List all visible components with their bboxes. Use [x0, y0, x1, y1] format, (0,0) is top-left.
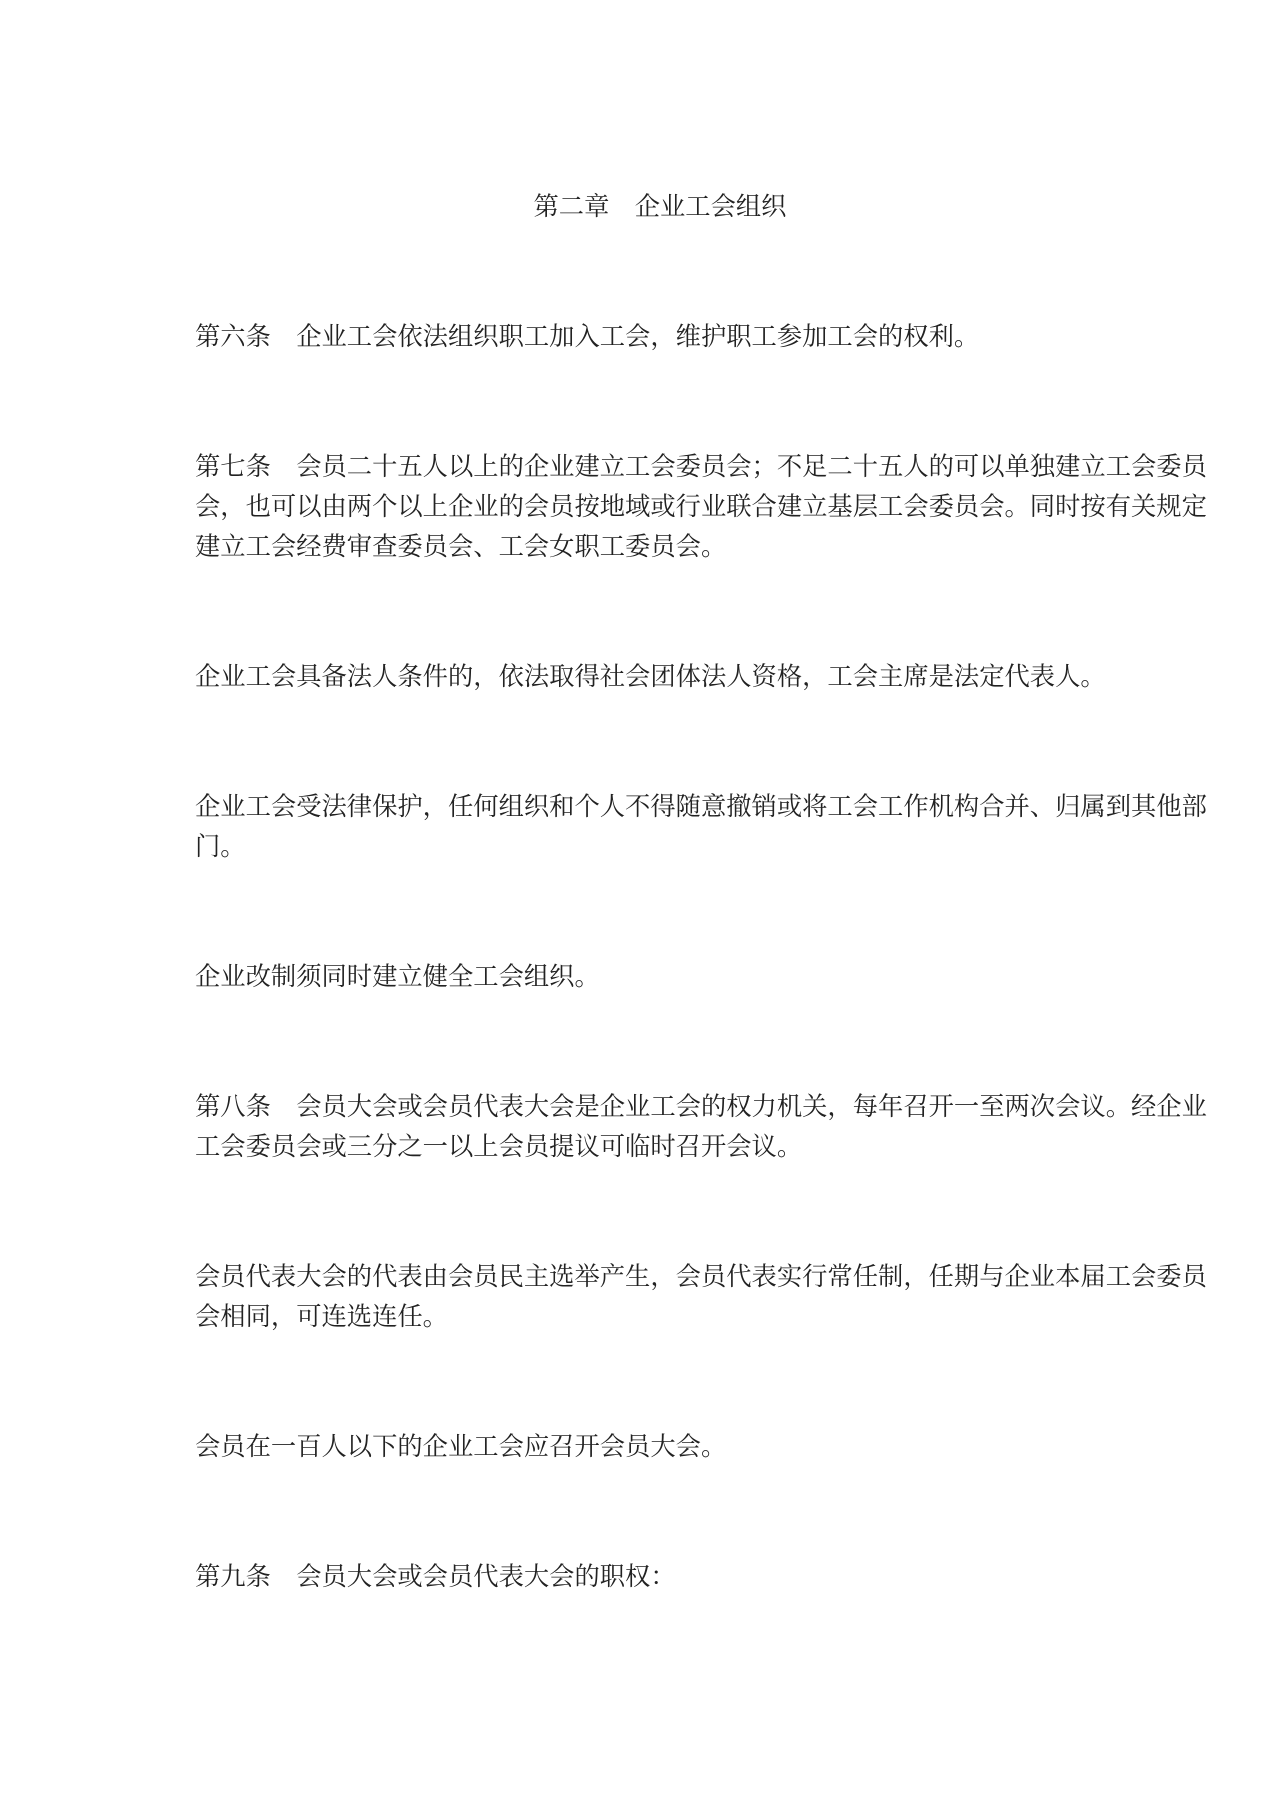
paragraph: 企业工会具备法人条件的，依法取得社会团体法人资格，工会主席是法定代表人。 — [195, 657, 1210, 697]
paragraph: 企业改制须同时建立健全工会组织。 — [195, 957, 1210, 997]
paragraph: 第七条 会员二十五人以上的企业建立工会委员会；不足二十五人的可以单独建立工会委员… — [195, 447, 1210, 567]
document-body: 第六条 企业工会依法组织职工加入工会，维护职工参加工会的权利。第七条 会员二十五… — [195, 317, 1210, 1597]
paragraph: 会员在一百人以下的企业工会应召开会员大会。 — [195, 1427, 1210, 1467]
paragraph: 第九条 会员大会或会员代表大会的职权： — [195, 1557, 1210, 1597]
paragraph: 第八条 会员大会或会员代表大会是企业工会的权力机关，每年召开一至两次会议。经企业… — [195, 1087, 1210, 1167]
paragraph: 会员代表大会的代表由会员民主选举产生，会员代表实行常任制，任期与企业本届工会委员… — [195, 1257, 1210, 1337]
document-page: 第二章 企业工会组织 第六条 企业工会依法组织职工加入工会，维护职工参加工会的权… — [0, 0, 1280, 1810]
paragraph: 第六条 企业工会依法组织职工加入工会，维护职工参加工会的权利。 — [195, 317, 1210, 357]
chapter-title: 第二章 企业工会组织 — [195, 187, 1125, 227]
paragraph: 企业工会受法律保护，任何组织和个人不得随意撤销或将工会工作机构合并、归属到其他部… — [195, 787, 1210, 867]
